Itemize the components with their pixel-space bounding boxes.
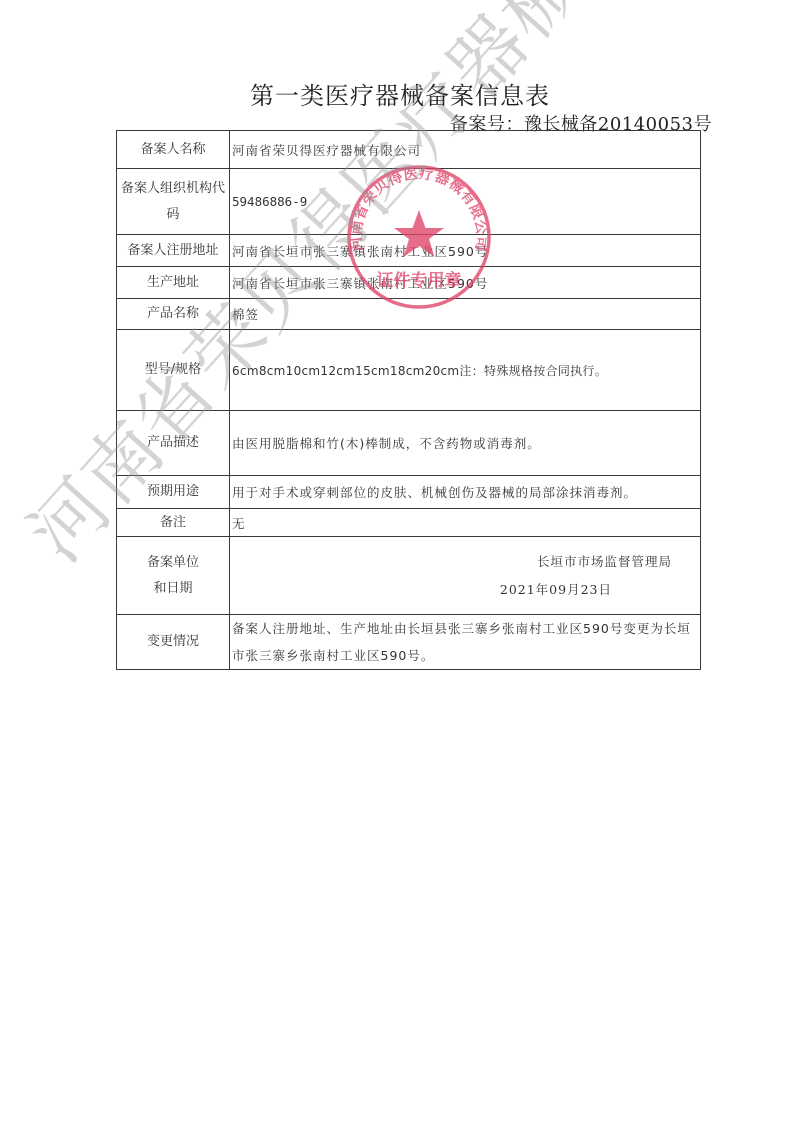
row-label: 备注 — [117, 509, 230, 537]
row-value: 棉签 — [230, 299, 701, 330]
table-row: 备案人名称 河南省荣贝得医疗器械有限公司 — [117, 131, 701, 169]
row-value: 由医用脱脂棉和竹(木)棒制成，不含药物或消毒剂。 — [230, 411, 701, 476]
table-row: 备案人组织机构代码 59486886-9 — [117, 169, 701, 235]
row-label: 产品名称 — [117, 299, 230, 330]
row-label: 变更情况 — [117, 615, 230, 670]
table-row: 产品描述 由医用脱脂棉和竹(木)棒制成，不含药物或消毒剂。 — [117, 411, 701, 476]
table-row: 备案人注册地址 河南省长垣市张三寨镇张南村工业区590号 — [117, 235, 701, 267]
row-label: 备案人名称 — [117, 131, 230, 169]
row-value: 无 — [230, 509, 701, 537]
table-row: 备注 无 — [117, 509, 701, 537]
table-row: 预期用途 用于对手术或穿刺部位的皮肤、机械创伤及器械的局部涂抹消毒剂。 — [117, 476, 701, 509]
row-value: 59486886-9 — [230, 169, 701, 235]
document-title: 第一类医疗器械备案信息表 — [0, 76, 800, 111]
row-value: 用于对手术或穿刺部位的皮肤、机械创伤及器械的局部涂抹消毒剂。 — [230, 476, 701, 509]
row-label: 预期用途 — [117, 476, 230, 509]
row-label: 型号/规格 — [117, 330, 230, 411]
row-value: 备案人注册地址、生产地址由长垣县张三寨乡张南村工业区590号变更为长垣市张三寨乡… — [230, 615, 701, 670]
row-value: 河南省长垣市张三寨镇张南村工业区590号 — [230, 267, 701, 299]
row-value: 河南省长垣市张三寨镇张南村工业区590号 — [230, 235, 701, 267]
table-row: 备案单位 和日期 长垣市市场监督管理局 2021年09月23日 — [117, 537, 701, 615]
row-value: 长垣市市场监督管理局 2021年09月23日 — [230, 537, 701, 615]
table-row: 生产地址 河南省长垣市张三寨镇张南村工业区590号 — [117, 267, 701, 299]
row-value: 6cm8cm10cm12cm15cm18cm20cm注：特殊规格按合同执行。 — [230, 330, 701, 411]
row-label: 产品描述 — [117, 411, 230, 476]
table-row: 产品名称 棉签 — [117, 299, 701, 330]
row-label: 备案人注册地址 — [117, 235, 230, 267]
row-label: 备案人组织机构代码 — [117, 169, 230, 235]
row-label-line2: 和日期 — [119, 576, 227, 602]
table-row: 型号/规格 6cm8cm10cm12cm15cm18cm20cm注：特殊规格按合… — [117, 330, 701, 411]
info-table: 备案人名称 河南省荣贝得医疗器械有限公司 备案人组织机构代码 59486886-… — [116, 130, 701, 670]
row-label-line1: 备案单位 — [119, 550, 227, 576]
row-label: 备案单位 和日期 — [117, 537, 230, 615]
table-row: 变更情况 备案人注册地址、生产地址由长垣县张三寨乡张南村工业区590号变更为长垣… — [117, 615, 701, 670]
filing-unit: 长垣市市场监督管理局 — [232, 548, 672, 576]
row-value: 河南省荣贝得医疗器械有限公司 — [230, 131, 701, 169]
filing-date: 2021年09月23日 — [232, 576, 672, 604]
row-label: 生产地址 — [117, 267, 230, 299]
